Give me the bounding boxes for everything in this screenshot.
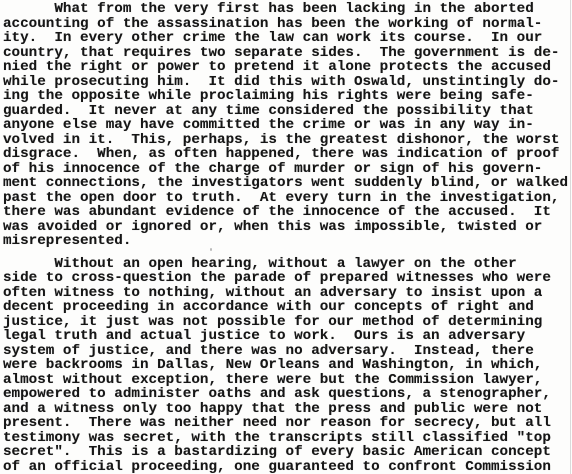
scan-speck-artifact: [210, 248, 212, 251]
paragraph-1: What from the very first has been lackin…: [3, 2, 572, 249]
scan-edge-artifact: [570, 0, 571, 474]
typewritten-page: What from the very first has been lackin…: [0, 0, 572, 474]
paragraph-2: Without an open hearing, without a lawye…: [3, 257, 572, 474]
